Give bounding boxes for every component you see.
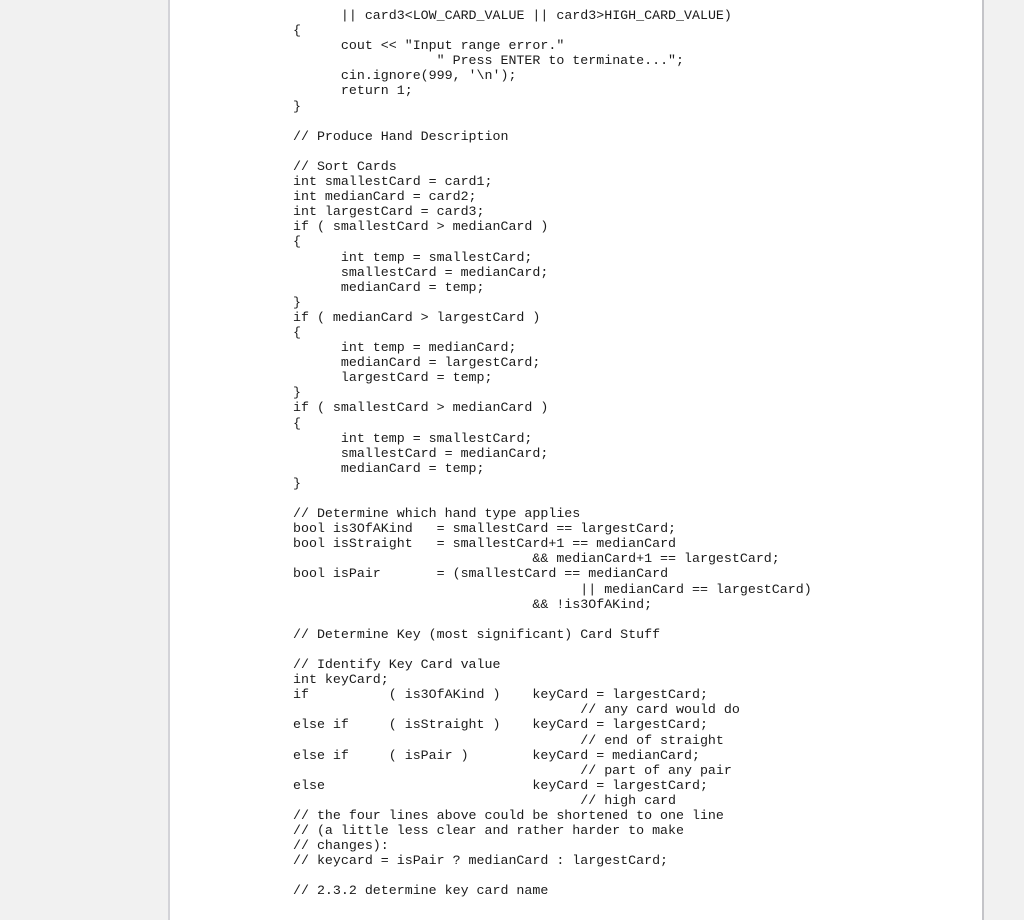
code-line: // Produce Hand Description (293, 129, 812, 144)
code-line: cout << "Input range error." (293, 38, 812, 53)
code-line: int temp = smallestCard; (293, 431, 812, 446)
code-line: medianCard = temp; (293, 461, 812, 476)
code-line: // Sort Cards (293, 159, 812, 174)
code-line: int medianCard = card2; (293, 189, 812, 204)
code-line: // the four lines above could be shorten… (293, 808, 812, 823)
code-line: int temp = medianCard; (293, 340, 812, 355)
code-line: } (293, 476, 812, 491)
code-block: || card3<LOW_CARD_VALUE || card3>HIGH_CA… (293, 8, 812, 899)
code-line (293, 868, 812, 883)
code-line: else if ( isStraight ) keyCard = largest… (293, 717, 812, 732)
code-line: int largestCard = card3; (293, 204, 812, 219)
code-line: && medianCard+1 == largestCard; (293, 551, 812, 566)
code-line: { (293, 416, 812, 431)
code-line: // Identify Key Card value (293, 657, 812, 672)
code-line: if ( is3OfAKind ) keyCard = largestCard; (293, 687, 812, 702)
code-line: largestCard = temp; (293, 370, 812, 385)
document-viewer: || card3<LOW_CARD_VALUE || card3>HIGH_CA… (0, 0, 1024, 920)
code-line: bool isStraight = smallestCard+1 == medi… (293, 536, 812, 551)
code-line: // 2.3.2 determine key card name (293, 883, 812, 898)
code-line: else keyCard = largestCard; (293, 778, 812, 793)
code-line: && !is3OfAKind; (293, 597, 812, 612)
code-line: return 1; (293, 83, 812, 98)
code-line: int smallestCard = card1; (293, 174, 812, 189)
code-line: if ( smallestCard > medianCard ) (293, 219, 812, 234)
code-line (293, 144, 812, 159)
code-line (293, 114, 812, 129)
code-line: } (293, 99, 812, 114)
code-line (293, 491, 812, 506)
code-line (293, 642, 812, 657)
code-line: " Press ENTER to terminate..."; (293, 53, 812, 68)
code-line: // Determine Key (most significant) Card… (293, 627, 812, 642)
code-line: // part of any pair (293, 763, 812, 778)
code-line: int temp = smallestCard; (293, 250, 812, 265)
code-line: } (293, 385, 812, 400)
code-line: || card3<LOW_CARD_VALUE || card3>HIGH_CA… (293, 8, 812, 23)
code-line: // end of straight (293, 733, 812, 748)
code-line: { (293, 234, 812, 249)
code-line: // high card (293, 793, 812, 808)
code-line: // changes): (293, 838, 812, 853)
code-line: cin.ignore(999, '\n'); (293, 68, 812, 83)
document-page: || card3<LOW_CARD_VALUE || card3>HIGH_CA… (168, 0, 984, 920)
code-line: if ( smallestCard > medianCard ) (293, 400, 812, 415)
code-line (293, 612, 812, 627)
code-line: if ( medianCard > largestCard ) (293, 310, 812, 325)
code-line: int keyCard; (293, 672, 812, 687)
code-line: bool isPair = (smallestCard == medianCar… (293, 566, 812, 581)
code-line: // Determine which hand type applies (293, 506, 812, 521)
code-line: } (293, 295, 812, 310)
code-line: bool is3OfAKind = smallestCard == larges… (293, 521, 812, 536)
code-line: else if ( isPair ) keyCard = medianCard; (293, 748, 812, 763)
code-line: // any card would do (293, 702, 812, 717)
code-line: { (293, 325, 812, 340)
code-line: || medianCard == largestCard) (293, 582, 812, 597)
code-line: // (a little less clear and rather harde… (293, 823, 812, 838)
code-line: smallestCard = medianCard; (293, 446, 812, 461)
code-line: smallestCard = medianCard; (293, 265, 812, 280)
code-line: medianCard = largestCard; (293, 355, 812, 370)
code-line: medianCard = temp; (293, 280, 812, 295)
code-line: { (293, 23, 812, 38)
code-line: // keycard = isPair ? medianCard : large… (293, 853, 812, 868)
